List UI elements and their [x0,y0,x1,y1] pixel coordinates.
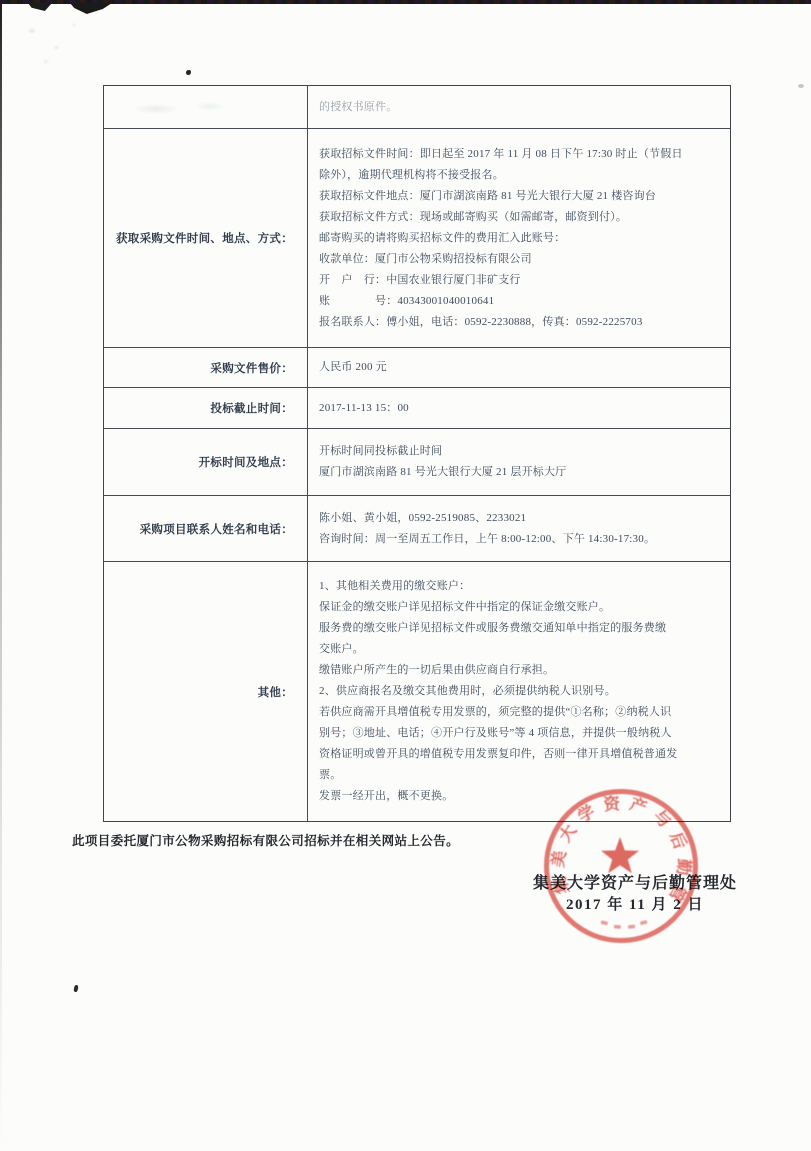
content-line: 缴错账户所产生的一切后果由供应商自行承担。 [319,660,730,681]
scanned-document-page: 的授权书原件。 获取采购文件时间、地点、方式： 获取招标文件时间：即日起至 20… [0,0,811,1151]
row-label: 投标截止时间： [104,388,308,428]
row-content: 开标时间同投标截止时间 厦门市湖滨南路 81 号光大银行大厦 21 层开标大厅 [308,429,730,495]
content-line: 资格证明或曾开具的增值税专用发票复印件，否则一律开具增值税普通发 [319,744,730,765]
scan-corner-mark [28,3,52,11]
table-row: 采购文件售价： 人民币 200 元 [104,347,730,387]
content-line: 1、其他相关费用的缴交账户： [319,576,730,597]
row-label: 采购项目联系人姓名和电话： [104,496,308,561]
table-row: 其他： 1、其他相关费用的缴交账户： 保证金的缴交账户详见招标文件中指定的保证金… [104,561,730,821]
content-line: 交账户。 [319,639,730,660]
star-icon [601,837,639,873]
content-line: 获取招标文件地点：厦门市湖滨南路 81 号光大银行大厦 21 楼咨询台 [319,186,730,207]
content-line: 获取招标文件方式：现场或邮寄购买（如需邮寄，邮资到付）。 [319,207,730,228]
content-line: 别号；③地址、电话；④开户行及账号”等 4 项信息，并提供一般纳税人 [319,723,730,744]
content-line: 人民币 200 元 [319,357,730,378]
row-content: 1、其他相关费用的缴交账户： 保证金的缴交账户详见招标文件中指定的保证金缴交账户… [308,562,730,821]
content-line: 收款单位：厦门市公物采购招投标有限公司 [319,249,730,270]
content-line: 账 号：40343001040010641 [319,291,730,312]
content-line: 服务费的缴交账户详见招标文件或服务费缴交通知单中指定的服务费缴 [319,618,730,639]
seal-bottom-marks [600,920,647,929]
row-label: 采购文件售价： [104,348,308,387]
scan-corner-mark [70,3,112,14]
row-label: 开标时间及地点： [104,429,308,495]
content-line: 保证金的缴交账户详见招标文件中指定的保证金缴交账户。 [319,597,730,618]
content-line: 获取招标文件时间：即日起至 2017 年 11 月 08 日下午 17:30 时… [319,144,730,165]
content-line: 邮寄购买的请将购买招标文件的费用汇入此账号： [319,228,730,249]
row-label [104,86,308,128]
content-line: 开标时间同投标截止时间 [319,441,730,462]
content-line: 票。 [319,765,730,786]
content-line: 除外），逾期代理机构将不接受报名。 [319,165,730,186]
table-row: 的授权书原件。 [104,86,730,128]
table-row: 开标时间及地点： 开标时间同投标截止时间 厦门市湖滨南路 81 号光大银行大厦 … [104,428,730,495]
scan-speck [186,70,191,75]
scan-edge-artifact [0,0,811,4]
scan-smudge [18,14,88,70]
table-row: 采购项目联系人姓名和电话： 陈小姐、黄小姐，0592-2519085、22330… [104,495,730,561]
row-content: 陈小姐、黄小姐，0592-2519085、2233021 咨询时间：周一至周五工… [308,496,730,561]
content-line: 陈小姐、黄小姐，0592-2519085、2233021 [319,508,730,529]
signature-organization: 集美大学资产与后勤管理处 [525,870,745,893]
scan-speck [798,84,804,88]
content-line: 若供应商需开具增值税专用发票的，须完整的提供“①名称；②纳税人识 [319,702,730,723]
scan-speck [73,985,78,993]
row-label: 获取采购文件时间、地点、方式： [104,129,308,347]
signature-date: 2017 年 11 月 2 日 [525,893,745,914]
delegation-note: 此项目委托厦门市公物采购招标有限公司招标并在相关网站上公告。 [72,831,459,849]
row-content: 2017-11-13 15：00 [308,388,730,428]
content-line: 2017-11-13 15：00 [319,398,730,419]
row-content: 的授权书原件。 [308,86,730,128]
table-row: 获取采购文件时间、地点、方式： 获取招标文件时间：即日起至 2017 年 11 … [104,128,730,347]
row-content: 获取招标文件时间：即日起至 2017 年 11 月 08 日下午 17:30 时… [308,129,730,347]
content-line: 的授权书原件。 [319,97,730,118]
content-line: 咨询时间：周一至周五工作日，上午 8:00-12:00、下午 14:30-17:… [319,529,730,550]
content-line: 2、供应商报名及缴交其他费用时，必须提供纳税人识别号。 [319,681,730,702]
row-label: 其他： [104,562,308,821]
row-content: 人民币 200 元 [308,348,730,387]
procurement-info-table: 的授权书原件。 获取采购文件时间、地点、方式： 获取招标文件时间：即日起至 20… [103,85,731,822]
content-line: 报名联系人：傅小姐，电话：0592-2230888，传真：0592-222570… [319,312,730,333]
content-line: 发票一经开出，概不更换。 [319,786,730,807]
content-line: 开 户 行：中国农业银行厦门非矿支行 [319,270,730,291]
content-line: 厦门市湖滨南路 81 号光大银行大厦 21 层开标大厅 [319,462,730,483]
scan-edge-artifact [0,0,2,1151]
table-row: 投标截止时间： 2017-11-13 15：00 [104,387,730,428]
